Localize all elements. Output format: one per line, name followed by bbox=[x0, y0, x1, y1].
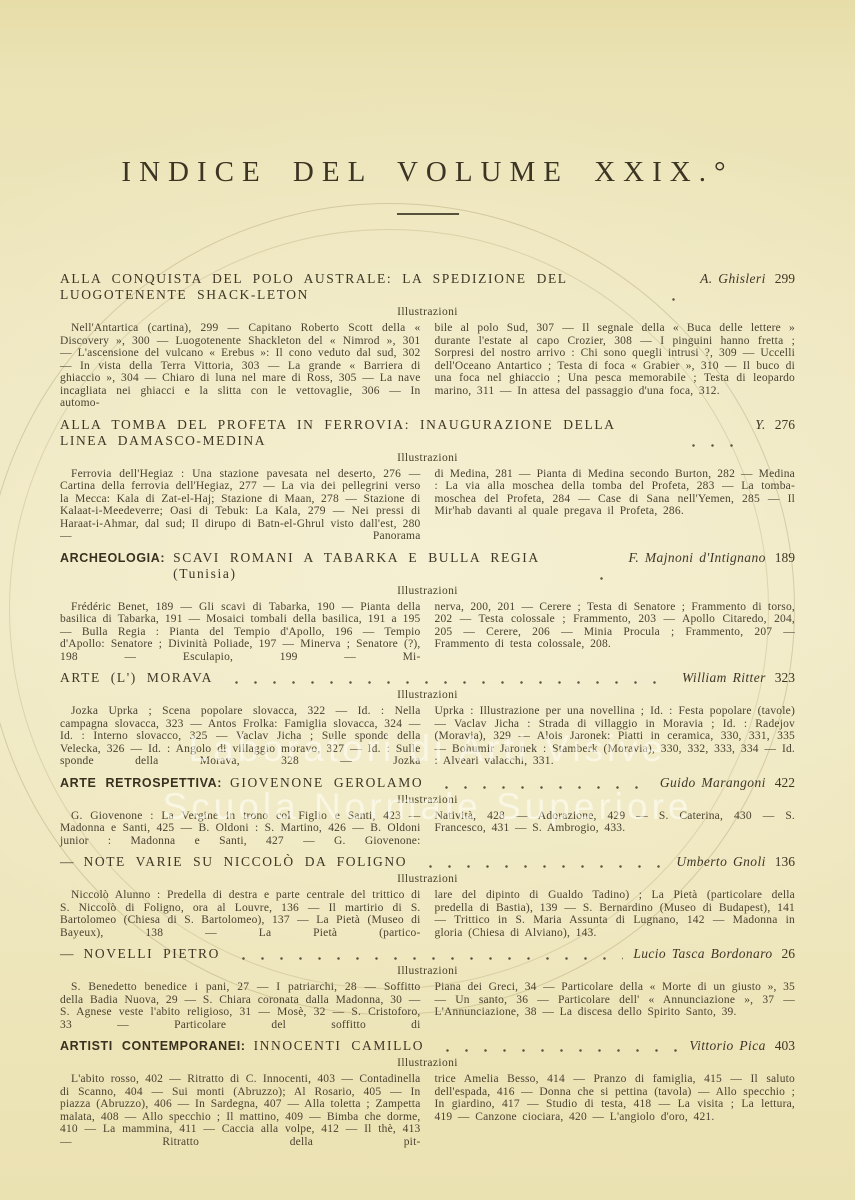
section-author: Umberto Gnoli bbox=[676, 854, 765, 870]
illustrations-label: Illustrazioni bbox=[60, 794, 795, 807]
illustrations-columns: Nell'Antartica (cartina), 299 — Capitano… bbox=[60, 322, 795, 410]
section-heading: ALLA CONQUISTA DEL POLO AUSTRALE: LA SPE… bbox=[60, 271, 795, 303]
illustrations-label: Illustrazioni bbox=[60, 306, 795, 319]
index-section: — NOVELLI PIETRO Lucio Tasca Bordonaro 2… bbox=[60, 946, 795, 1031]
illustrations-label: Illustrazioni bbox=[60, 585, 795, 598]
section-title: SCAVI ROMANI A TABARKA E BULLA REGIA (Tu… bbox=[173, 550, 578, 582]
section-heading: ARCHEOLOGIA: SCAVI ROMANI A TABARKA E BU… bbox=[60, 550, 795, 582]
section-author: Vittorio Pica bbox=[689, 1038, 765, 1054]
section-continuation-dash: — bbox=[60, 854, 74, 870]
section-page-number: 26 bbox=[782, 946, 796, 962]
section-page-number: 299 bbox=[775, 271, 795, 287]
dot-leader bbox=[421, 857, 666, 869]
illustrations-label: Illustrazioni bbox=[60, 965, 795, 978]
dot-leader bbox=[437, 778, 650, 790]
illustrations-left-column: L'abito rosso, 402 — Ritratto di C. Inno… bbox=[60, 1073, 421, 1148]
index-section: ARTE RETROSPETTIVA: GIOVENONE GEROLAMO G… bbox=[60, 775, 795, 848]
illustrations-columns: Ferrovia dell'Hegiaz : Una stazione pave… bbox=[60, 468, 795, 543]
illustrations-label: Illustrazioni bbox=[60, 873, 795, 886]
index-section: ARCHEOLOGIA: SCAVI ROMANI A TABARKA E BU… bbox=[60, 550, 795, 664]
section-continuation-dash: — bbox=[60, 946, 74, 962]
illustrations-label: Illustrazioni bbox=[60, 452, 795, 465]
illustrations-columns: Jozka Uprka ; Scena popolare slovacca, 3… bbox=[60, 705, 795, 768]
illustrations-columns: L'abito rosso, 402 — Ritratto di C. Inno… bbox=[60, 1073, 795, 1148]
illustrations-left-column: Ferrovia dell'Hegiaz : Una stazione pave… bbox=[60, 468, 421, 543]
illustrations-columns: S. Benedetto benedice i pani, 27 — I pat… bbox=[60, 981, 795, 1031]
illustrations-right-column: Uprka : Illustrazione per una novellina … bbox=[435, 705, 796, 768]
illustrations-columns: Niccolò Alunno : Predella di destra e pa… bbox=[60, 889, 795, 939]
illustrations-left-column: S. Benedetto benedice i pani, 27 — I pat… bbox=[60, 981, 421, 1031]
section-author: Lucio Tasca Bordonaro bbox=[633, 946, 772, 962]
section-title: ALLA CONQUISTA DEL POLO AUSTRALE: LA SPE… bbox=[60, 271, 650, 303]
index-section: ARTE (L') MORAVA William Ritter 323 Illu… bbox=[60, 670, 795, 768]
illustrations-left-column: Frédéric Benet, 189 — Gli scavi di Tabar… bbox=[60, 601, 421, 664]
section-title: ARTE (L') MORAVA bbox=[60, 670, 213, 686]
section-heading: — NOTE VARIE SU NICCOLÒ DA FOLIGNO Umber… bbox=[60, 854, 795, 870]
index-section: — NOTE VARIE SU NICCOLÒ DA FOLIGNO Umber… bbox=[60, 854, 795, 939]
scanned-book-page: { "page": { "title": "INDICE DEL VOLUME … bbox=[0, 0, 855, 1200]
section-title: NOTE VARIE SU NICCOLÒ DA FOLIGNO bbox=[84, 854, 408, 870]
illustrations-right-column: bile al polo Sud, 307 — Il segnale della… bbox=[435, 322, 796, 410]
section-heading: ARTE RETROSPETTIVA: GIOVENONE GEROLAMO G… bbox=[60, 775, 795, 791]
illustrations-label: Illustrazioni bbox=[60, 689, 795, 702]
page-content: INDICE DEL VOLUME XXIX.° ALLA CONQUISTA … bbox=[60, 0, 795, 1155]
illustrations-columns: Frédéric Benet, 189 — Gli scavi di Tabar… bbox=[60, 601, 795, 664]
illustrations-label: Illustrazioni bbox=[60, 1057, 795, 1070]
section-heading: ARTISTI CONTEMPORANEI: INNOCENTI CAMILLO… bbox=[60, 1038, 795, 1054]
section-title: INNOCENTI CAMILLO bbox=[254, 1038, 425, 1054]
index-section: ARTISTI CONTEMPORANEI: INNOCENTI CAMILLO… bbox=[60, 1038, 795, 1148]
section-author: Y. bbox=[755, 417, 765, 433]
section-heading: ARTE (L') MORAVA William Ritter 323 bbox=[60, 670, 795, 686]
section-page-number: 403 bbox=[775, 1038, 795, 1054]
illustrations-right-column: trice Amelia Besso, 414 — Pranzo di fami… bbox=[435, 1073, 796, 1148]
illustrations-right-column: di Medina, 281 — Pianta di Medina second… bbox=[435, 468, 796, 543]
section-title: GIOVENONE GEROLAMO bbox=[230, 775, 423, 791]
section-author: F. Majnoni d'Intignano bbox=[628, 550, 765, 566]
illustrations-left-column: Niccolò Alunno : Predella di destra e pa… bbox=[60, 889, 421, 939]
section-category: ARTISTI CONTEMPORANEI: bbox=[60, 1038, 246, 1054]
section-page-number: 136 bbox=[775, 854, 795, 870]
illustrations-right-column: Natività, 428 — Adorazione, 429 — S. Cat… bbox=[435, 810, 796, 848]
section-page-number: 189 bbox=[775, 550, 795, 566]
dot-leader bbox=[664, 290, 690, 302]
dot-leader bbox=[227, 673, 672, 685]
section-title: ALLA TOMBA DEL PROFETA IN FERROVIA: INAU… bbox=[60, 417, 670, 449]
dot-leader bbox=[438, 1041, 679, 1053]
illustrations-right-column: lare del dipinto di Gualdo Tadino) ; La … bbox=[435, 889, 796, 939]
index-section: ALLA CONQUISTA DEL POLO AUSTRALE: LA SPE… bbox=[60, 271, 795, 410]
page-title: INDICE DEL VOLUME XXIX.° bbox=[60, 156, 795, 189]
illustrations-columns: G. Giovenone : La Vergine in trono col F… bbox=[60, 810, 795, 848]
dot-leader bbox=[234, 949, 623, 961]
section-page-number: 323 bbox=[775, 670, 795, 686]
section-page-number: 276 bbox=[775, 417, 795, 433]
illustrations-left-column: Jozka Uprka ; Scena popolare slovacca, 3… bbox=[60, 705, 421, 768]
illustrations-left-column: G. Giovenone : La Vergine in trono col F… bbox=[60, 810, 421, 848]
section-page-number: 422 bbox=[775, 775, 795, 791]
index-section: ALLA TOMBA DEL PROFETA IN FERROVIA: INAU… bbox=[60, 417, 795, 543]
section-author: A. Ghisleri bbox=[700, 271, 766, 287]
illustrations-right-column: Piana dei Greci, 34 — Particolare della … bbox=[435, 981, 796, 1031]
title-rule bbox=[397, 213, 459, 215]
dot-leader bbox=[592, 569, 618, 581]
section-author: William Ritter bbox=[682, 670, 766, 686]
section-heading: ALLA TOMBA DEL PROFETA IN FERROVIA: INAU… bbox=[60, 417, 795, 449]
index-sections: ALLA CONQUISTA DEL POLO AUSTRALE: LA SPE… bbox=[60, 271, 795, 1148]
illustrations-left-column: Nell'Antartica (cartina), 299 — Capitano… bbox=[60, 322, 421, 410]
section-category: ARTE RETROSPETTIVA: bbox=[60, 775, 222, 791]
section-heading: — NOVELLI PIETRO Lucio Tasca Bordonaro 2… bbox=[60, 946, 795, 962]
dot-leader bbox=[684, 436, 745, 448]
section-category: ARCHEOLOGIA: bbox=[60, 550, 165, 566]
section-author: Guido Marangoni bbox=[660, 775, 766, 791]
section-title: NOVELLI PIETRO bbox=[84, 946, 221, 962]
illustrations-right-column: nerva, 200, 201 — Cerere ; Testa di Sena… bbox=[435, 601, 796, 664]
